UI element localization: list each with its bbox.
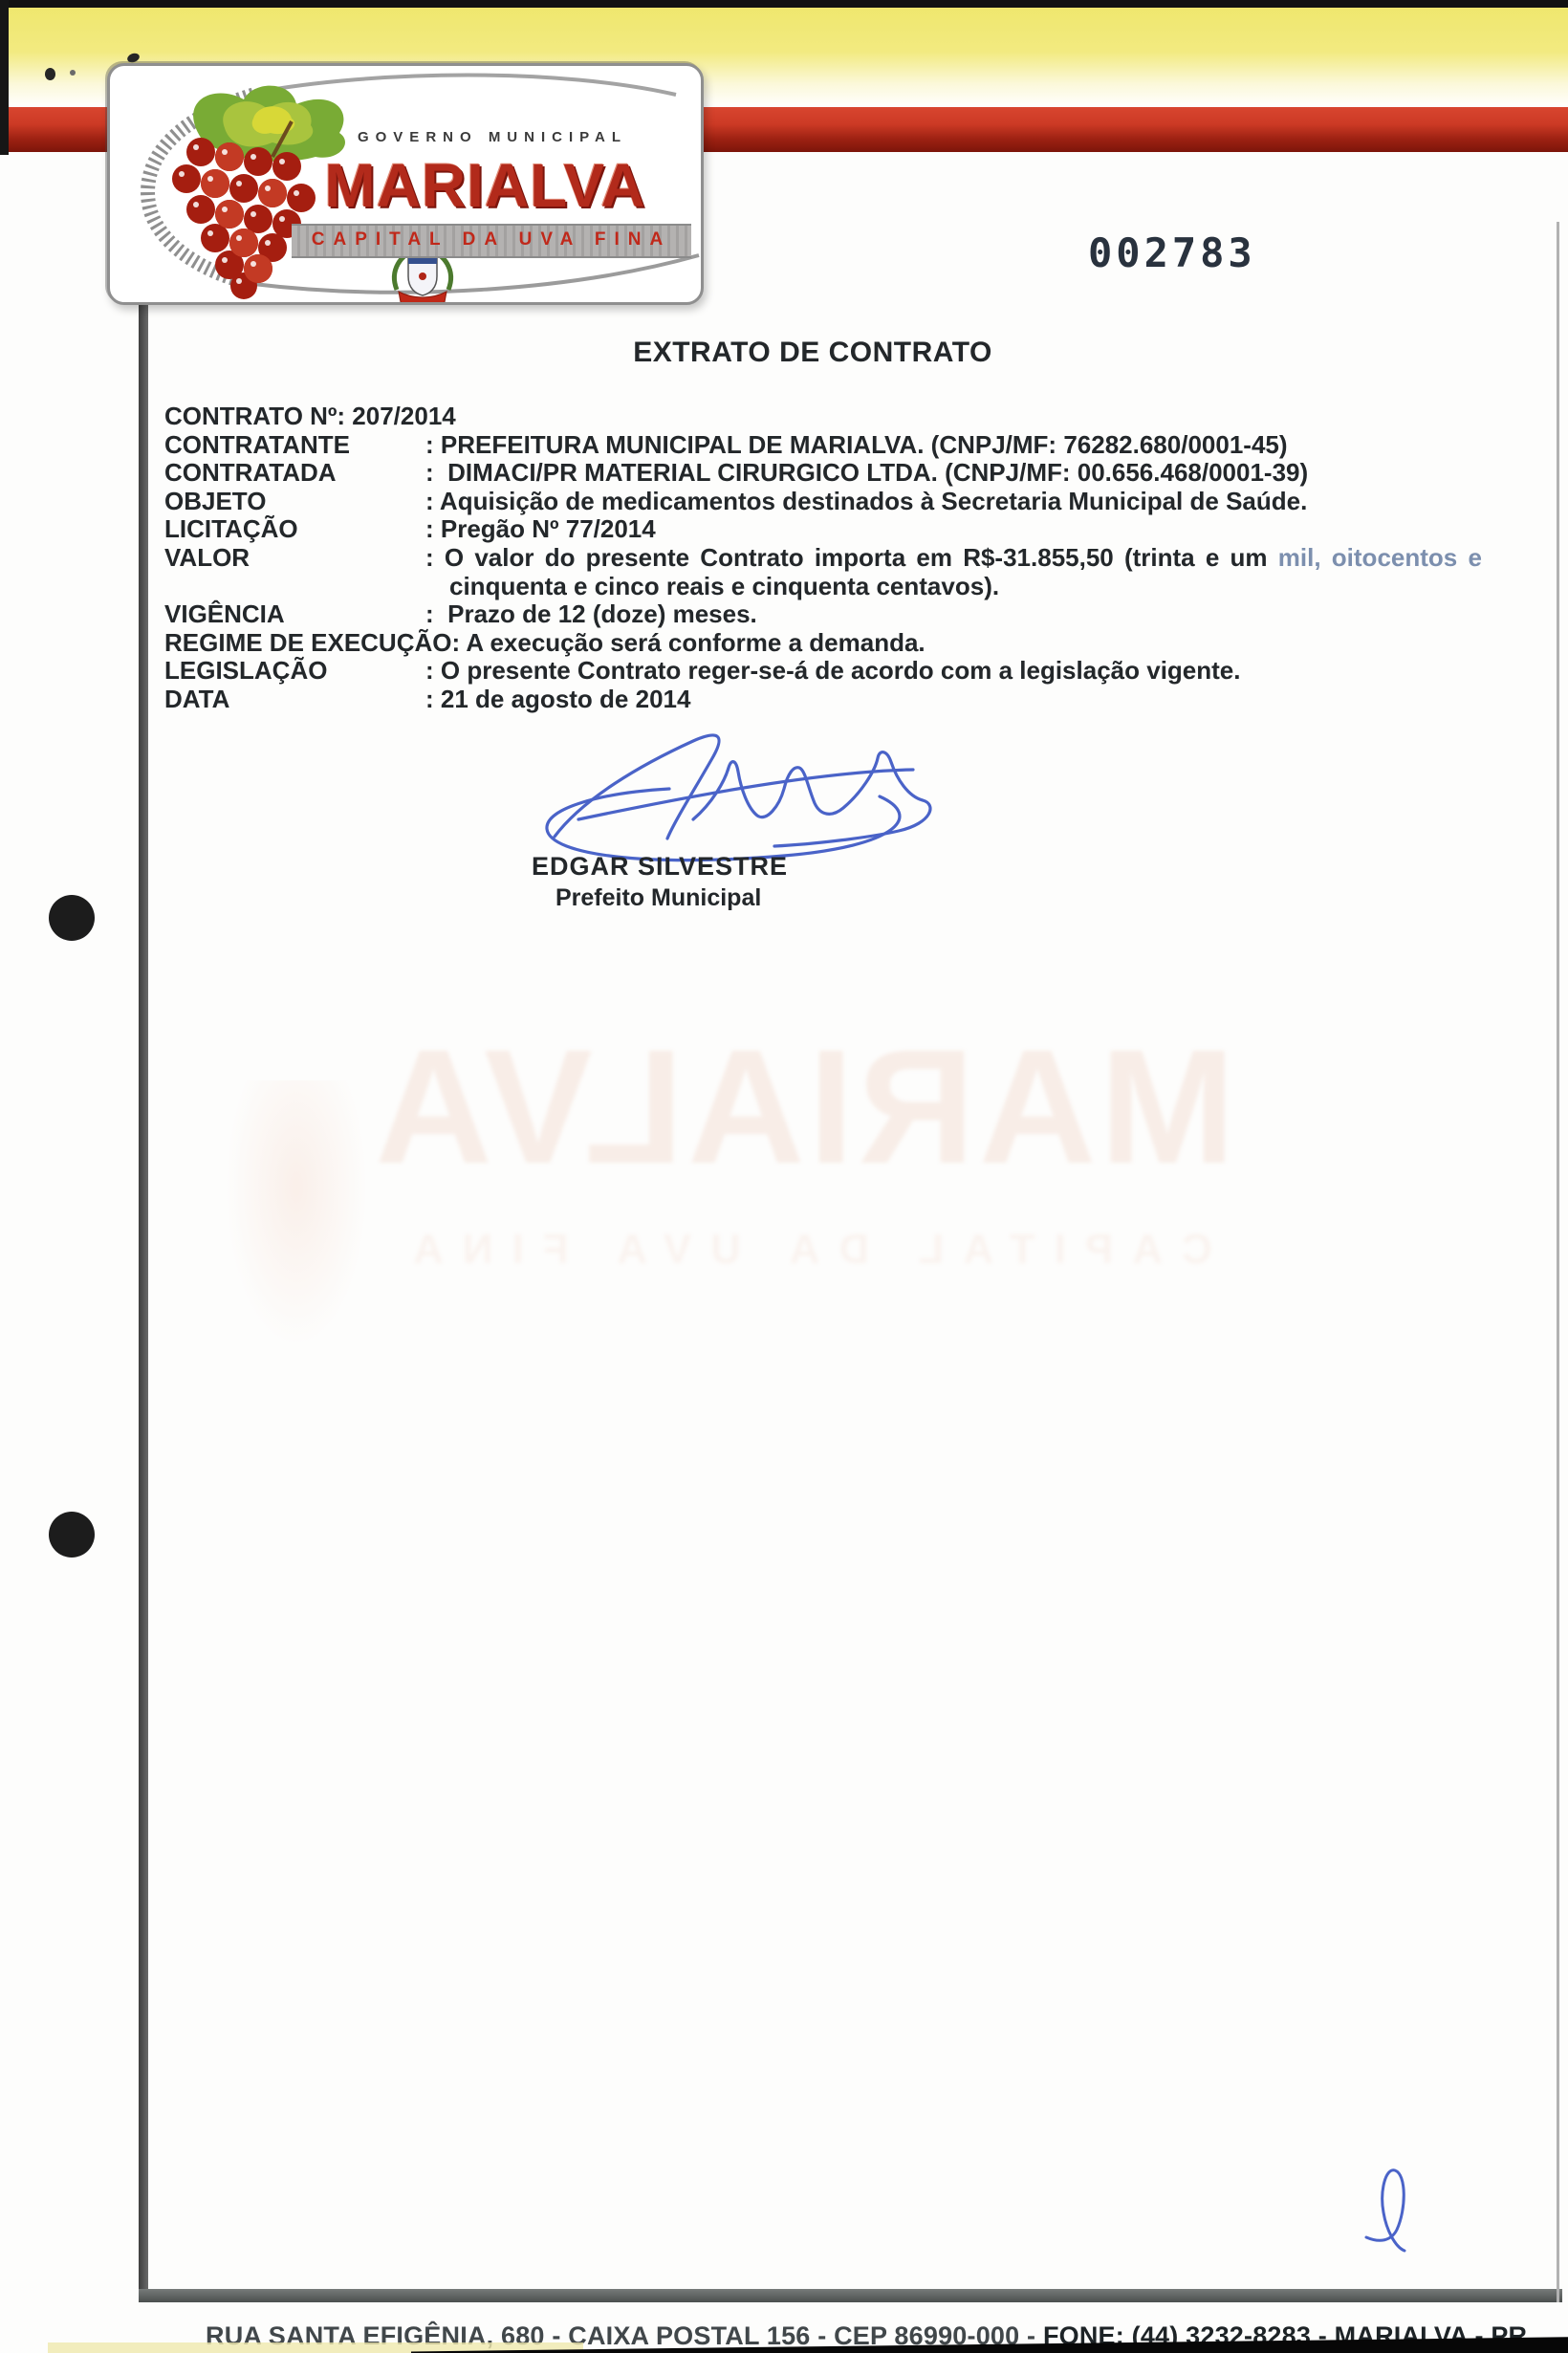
- watermark-grapes-smudge: [225, 1080, 368, 1348]
- contract-row-licitacao: LICITAÇÃO: Pregão Nº 77/2014: [164, 515, 1503, 544]
- marialva-logo: GOVERNO MUNICIPAL MARIALVA CAPITAL DA UV…: [107, 63, 704, 305]
- scan-speck: [45, 68, 55, 80]
- contract-row-regime: REGIME DE EXECUÇÃO: A execução será conf…: [164, 629, 1503, 658]
- scan-top-edge: [0, 0, 1568, 8]
- row-value: : A execução será conforme a demanda.: [452, 628, 926, 657]
- signer-name: EDGAR SILVESTRE: [532, 852, 788, 882]
- row-value: : DIMACI/PR MATERIAL CIRURGICO LTDA. (CN…: [425, 459, 1503, 488]
- page-frame-left: [139, 304, 148, 2302]
- row-label: REGIME DE EXECUÇÃO: [164, 628, 452, 657]
- contract-number-line: CONTRATO Nº: 207/2014: [164, 403, 1503, 431]
- hole-punch-dot: [49, 1512, 95, 1558]
- row-value: : Pregão Nº 77/2014: [425, 515, 1503, 544]
- scanned-contract-page: MARIALVA CAPITAL DA UVA FINA: [0, 0, 1568, 2353]
- row-value: : 21 de agosto de 2014: [425, 686, 1503, 714]
- page-frame-bottom: [139, 2289, 1562, 2302]
- slogan-text: CAPITAL DA UVA FINA: [292, 226, 691, 253]
- signature-scribble: [497, 712, 937, 875]
- contract-row-vigencia: VIGÊNCIA: Prazo de 12 (doze) meses.: [164, 600, 1503, 629]
- stamp-number: 002783: [1088, 229, 1256, 276]
- row-value: : PREFEITURA MUNICIPAL DE MARIALVA. (CNP…: [425, 431, 1503, 460]
- row-label: DATA: [164, 686, 425, 714]
- row-label: LEGISLAÇÃO: [164, 657, 425, 686]
- row-label: CONTRATADA: [164, 459, 425, 488]
- slogan-band: CAPITAL DA UVA FINA: [292, 224, 691, 258]
- scan-speck: [70, 70, 76, 76]
- row-label: VALOR: [164, 544, 425, 573]
- row-label: CONTRATANTE: [164, 431, 425, 460]
- contract-row-data: DATA: 21 de agosto de 2014: [164, 686, 1503, 714]
- scan-left-edge: [0, 0, 9, 155]
- contract-details: CONTRATO Nº: 207/2014 CONTRATANTE: PREFE…: [164, 403, 1503, 714]
- row-label: OBJETO: [164, 488, 425, 516]
- pen-mark-icon: [1353, 2153, 1429, 2258]
- row-value: : O valor do presente Contrato importa e…: [425, 544, 1503, 573]
- contract-row-contratante: CONTRATANTE: PREFEITURA MUNICIPAL DE MAR…: [164, 431, 1503, 460]
- valor-continuation: cinquenta e cinco reais e cinquenta cent…: [164, 573, 1503, 601]
- signer-role: Prefeito Municipal: [555, 884, 761, 912]
- row-label: VIGÊNCIA: [164, 600, 425, 629]
- city-name: MARIALVA: [282, 150, 688, 221]
- contract-row-contratada: CONTRATADA: DIMACI/PR MATERIAL CIRURGICO…: [164, 459, 1503, 488]
- contract-row-valor: VALOR: O valor do presente Contrato impo…: [164, 544, 1503, 573]
- hole-punch-dot: [49, 895, 95, 941]
- row-value: : O presente Contrato reger-se-á de acor…: [425, 657, 1503, 686]
- contract-row-legislacao: LEGISLAÇÃO: O presente Contrato reger-se…: [164, 657, 1503, 686]
- government-label: GOVERNO MUNICIPAL: [306, 129, 679, 145]
- row-value: : Aquisição de medicamentos destinados à…: [425, 488, 1503, 516]
- valor-faded-text: mil, oitocentos e: [1278, 543, 1482, 572]
- page-frame-right: [1557, 222, 1559, 2302]
- valor-text: : O valor do presente Contrato importa e…: [425, 543, 1278, 572]
- row-value: : Prazo de 12 (doze) meses.: [425, 600, 1503, 629]
- row-label: LICITAÇÃO: [164, 515, 425, 544]
- contract-row-objeto: OBJETO: Aquisição de medicamentos destin…: [164, 488, 1503, 516]
- page-title: EXTRATO DE CONTRATO: [535, 337, 1090, 369]
